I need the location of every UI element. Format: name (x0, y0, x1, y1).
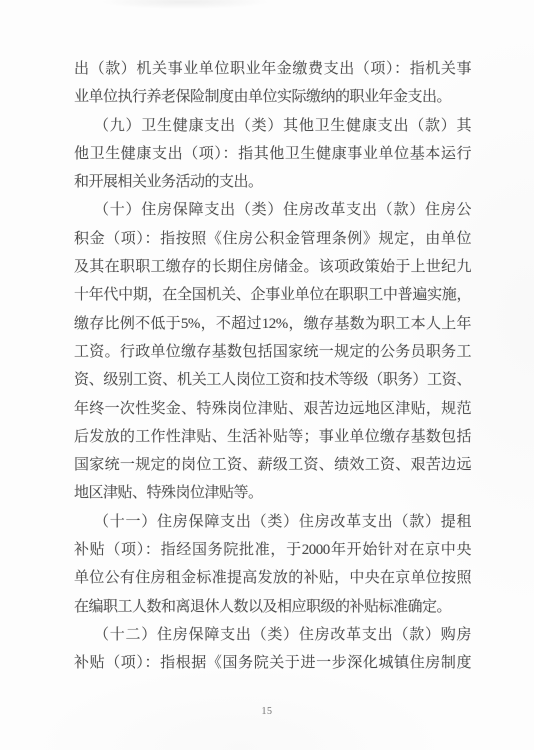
text-line: 积金（项）：指按照《住房公积金管理条例》规定，由单位 (74, 225, 471, 253)
text-line: 业单位执行养老保险制度由单位实际缴纳的职业年金支出。 (74, 83, 471, 111)
text-line: 后发放的工作性津贴、生活补贴等；事业单位缴存基数包括 (74, 423, 471, 451)
text-line: 和开展相关业务活动的支出。 (74, 168, 471, 196)
text-line: 补贴（项）：指根据《国务院关于进一步深化城镇住房制度 (74, 649, 471, 677)
text-line: （十一）住房保障支出（类）住房改革支出（款）提租 (74, 508, 471, 536)
document-page: 出（款）机关事业单位职业年金缴费支出（项）：指机关事 业单位执行养老保险制度由单… (0, 0, 534, 750)
text-line: 单位公有住房租金标准提高发放的补贴，中央在京单位按照 (74, 564, 471, 592)
text-line: （十）住房保障支出（类）住房改革支出（款）住房公 (74, 196, 471, 224)
document-text: 出（款）机关事业单位职业年金缴费支出（项）：指机关事 业单位执行养老保险制度由单… (74, 55, 471, 678)
text-line: 出（款）机关事业单位职业年金缴费支出（项）：指机关事 (74, 55, 471, 83)
text-line: 十年代中期，在全国机关、企事业单位在职职工中普遍实施， (74, 281, 471, 309)
text-line: 缴存比例不低于5%，不超过12%，缴存基数为职工本人上年 (74, 310, 471, 338)
text-line: 年终一次性奖金、特殊岗位津贴、艰苦边远地区津贴，规范 (74, 395, 471, 423)
text-line: 在编职工人数和离退休人数以及相应职级的补贴标准确定。 (74, 593, 471, 621)
text-line: 工资。行政单位缴存基数包括国家统一规定的公务员职务工 (74, 338, 471, 366)
text-line: 及其在职职工缴存的长期住房储金。该项政策始于上世纪九 (74, 253, 471, 281)
text-line: 资、级别工资、机关工人岗位工资和技术等级（职务）工资、 (74, 366, 471, 394)
text-line: 地区津贴、特殊岗位津贴等。 (74, 479, 471, 507)
text-line: 他卫生健康支出（项）：指其他卫生健康事业单位基本运行 (74, 140, 471, 168)
text-line: 补贴（项）：指经国务院批准，于2000年开始针对在京中央 (74, 536, 471, 564)
text-line: （十二）住房保障支出（类）住房改革支出（款）购房 (74, 621, 471, 649)
text-line: （九）卫生健康支出（类）其他卫生健康支出（款）其 (74, 112, 471, 140)
page-number: 15 (0, 706, 534, 717)
text-line: 国家统一规定的岗位工资、薪级工资、绩效工资、艰苦边远 (74, 451, 471, 479)
